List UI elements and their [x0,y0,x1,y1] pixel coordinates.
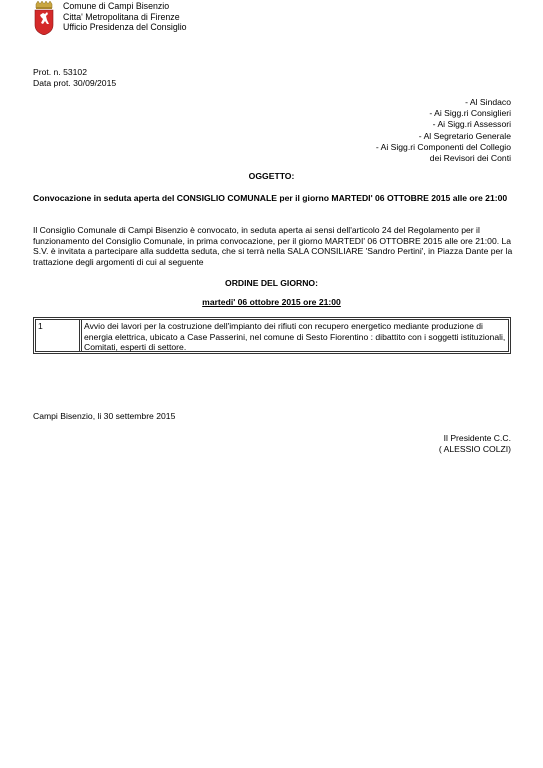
agenda-date: martedi' 06 ottobre 2015 ore 21:00 [0,297,543,308]
recipient: - Al Segretario Generale [376,131,511,142]
recipients-list: - Al Sindaco - Ai Sigg.ri Consiglieri - … [376,97,511,164]
agenda-item-number: 1 [36,320,82,351]
municipality-name: Comune di Campi Bisenzio [63,1,187,12]
recipient: - Ai Sigg.ri Assessori [376,119,511,130]
subject-heading: OGGETTO: [0,171,543,182]
recipient: - Al Sindaco [376,97,511,108]
office-name: Ufficio Presidenza del Consiglio [63,22,187,33]
agenda-item-description: Avvio dei lavori per la costruzione dell… [82,320,508,351]
coat-of-arms-icon [33,1,55,35]
body-paragraph: Il Consiglio Comunale di Campi Bisenzio … [33,225,515,267]
recipient: - Ai Sigg.ri Consiglieri [376,108,511,119]
agenda-heading: ORDINE DEL GIORNO: [0,278,543,289]
recipient: dei Revisori dei Conti [376,153,511,164]
recipient: - Ai Sigg.ri Componenti del Collegio [376,142,511,153]
signature-name: ( ALESSIO COLZI) [439,444,511,455]
place-and-date: Campi Bisenzio, li 30 settembre 2015 [33,411,175,422]
signature-title: Il Presidente C.C. [439,433,511,444]
subject-text: Convocazione in seduta aperta del CONSIG… [33,193,513,204]
metropolitan-city: Citta' Metropolitana di Firenze [63,12,187,23]
protocol-info: Prot. n. 53102 Data prot. 30/09/2015 [33,67,116,88]
letterhead: Comune di Campi Bisenzio Citta' Metropol… [63,1,187,33]
signature-block: Il Presidente C.C. ( ALESSIO COLZI) [439,433,511,455]
agenda-table: 1 Avvio dei lavori per la costruzione de… [33,317,511,354]
protocol-date: Data prot. 30/09/2015 [33,78,116,89]
protocol-number: Prot. n. 53102 [33,67,116,78]
